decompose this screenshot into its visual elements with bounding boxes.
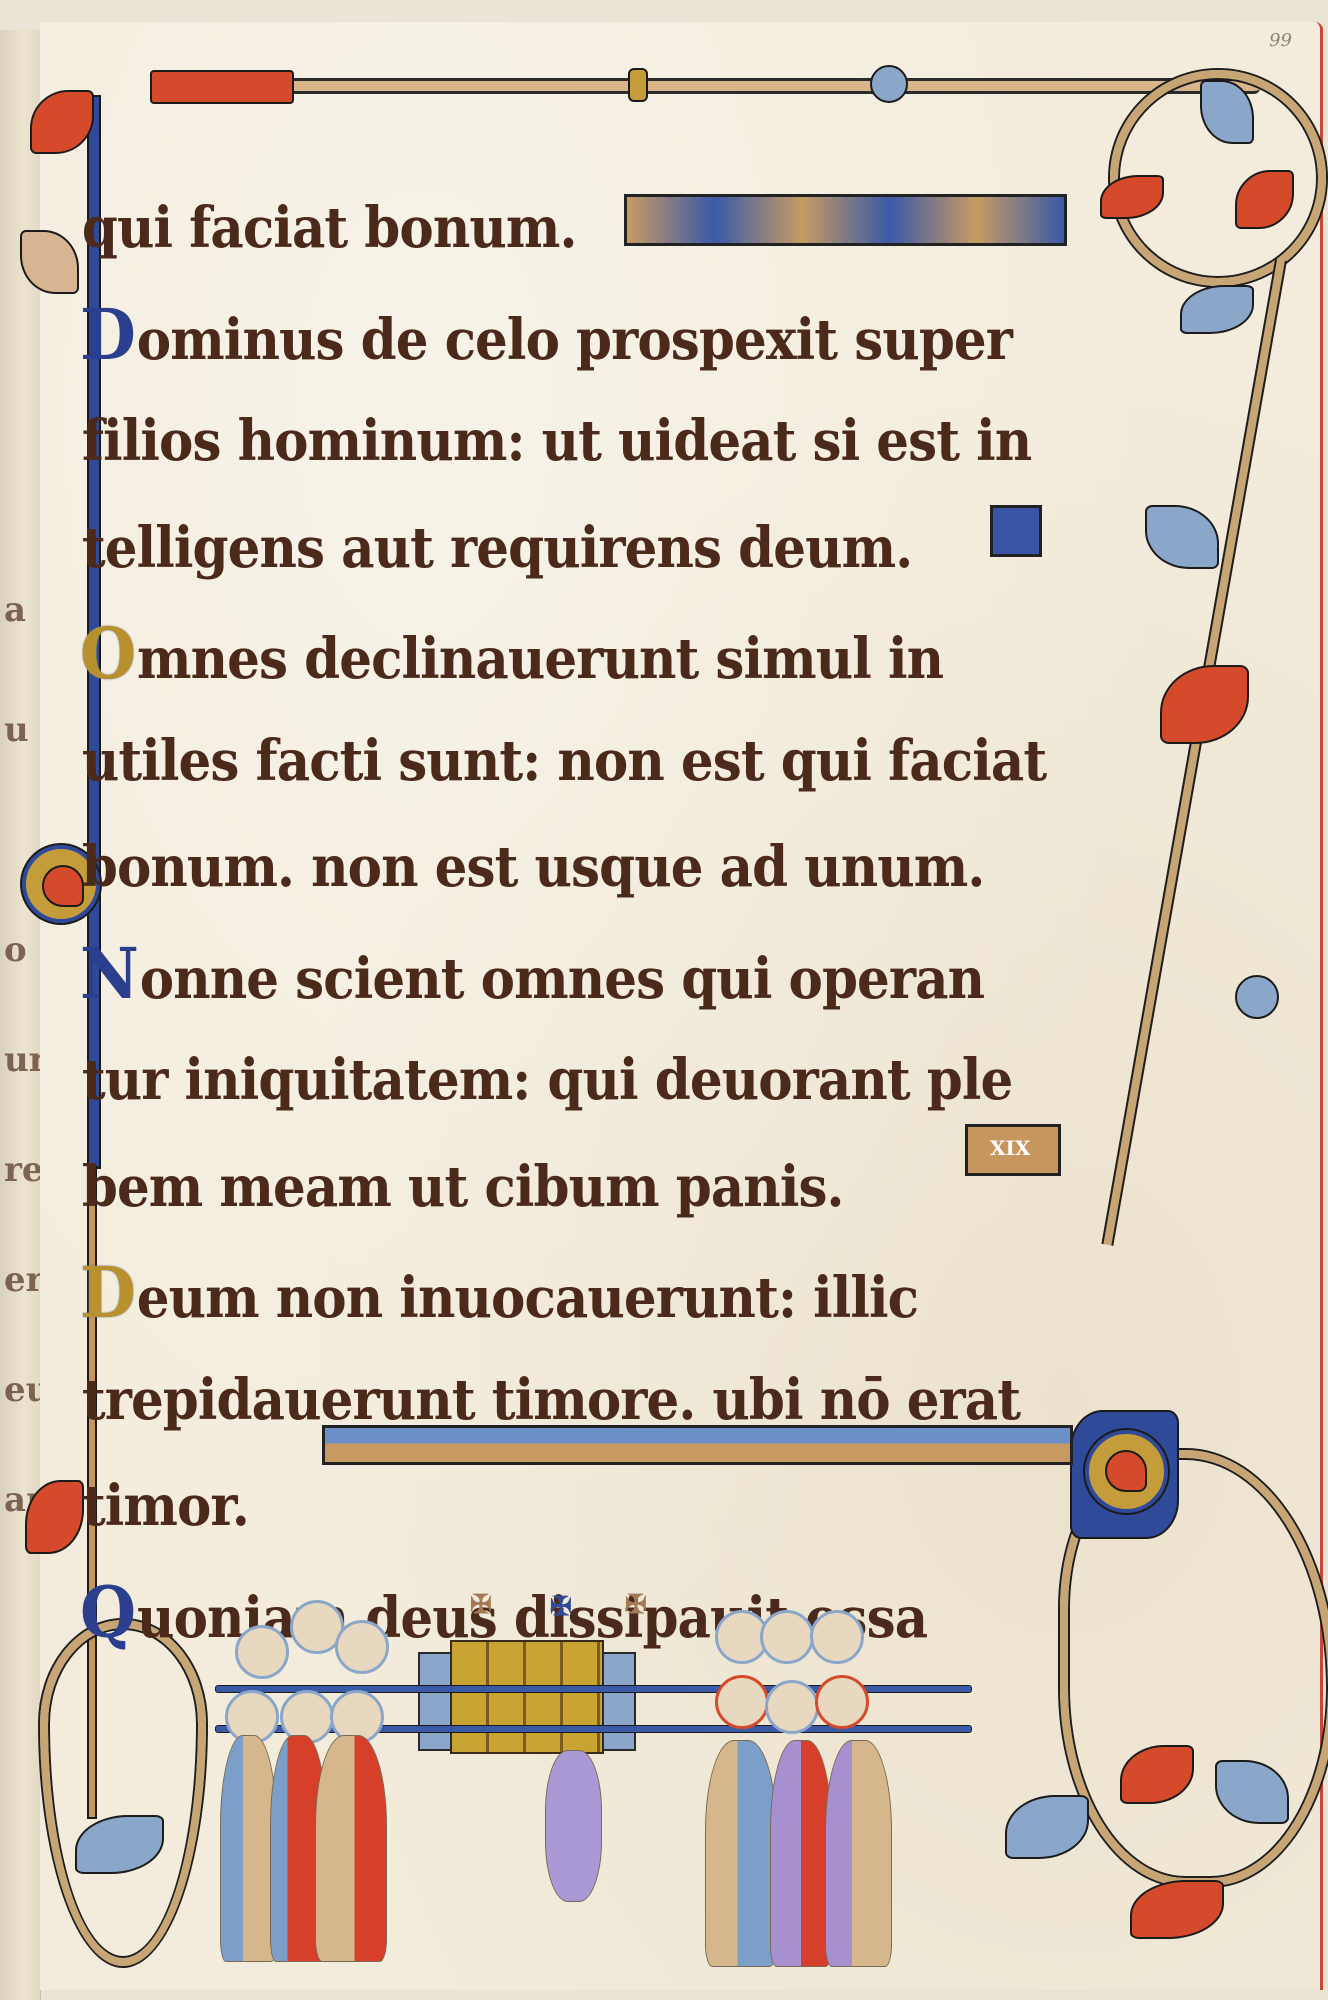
halo <box>715 1675 769 1729</box>
text-line: Deum non inuocauerunt: illic <box>80 1240 982 1347</box>
text-line: telligens aut requirens deum. <box>80 495 982 602</box>
cross-icon: ✠ <box>470 1590 492 1620</box>
left-leaf-fragment: o <box>4 930 27 970</box>
text-line: Nonne scient omnes qui operan <box>80 921 982 1028</box>
right-medallion <box>1085 1430 1168 1513</box>
apostle-figure <box>315 1735 387 1962</box>
left-leaf-fragment: re <box>4 1150 44 1190</box>
cross-icon: ✠ <box>625 1590 647 1620</box>
apostle-figure <box>220 1735 277 1962</box>
psalm-text-block: qui faciat bonum. Dominus de celo prospe… <box>80 175 1060 1666</box>
text-line: bonum. non est usque ad unum. <box>80 814 982 921</box>
apostle-figure <box>825 1740 892 1967</box>
initial-D: D <box>80 282 135 388</box>
initial-Q: Q <box>80 1560 135 1666</box>
halo <box>815 1675 869 1729</box>
text-line: tur iniquitatem: qui deuorant ple <box>80 1027 982 1134</box>
initial-N: N <box>80 921 138 1027</box>
left-leaf-fragment: u <box>4 710 29 750</box>
adjacent-page-edge: a u o ur re er eu an <box>0 30 41 2000</box>
halo <box>810 1610 864 1664</box>
blue-trefoil-icon <box>1235 975 1279 1019</box>
text-line: bem meam ut cibum panis. <box>80 1134 982 1241</box>
halo <box>765 1680 819 1734</box>
text-line: trepidauerunt timore. ubi nō erat <box>80 1347 982 1454</box>
text-line: timor. <box>80 1453 982 1560</box>
left-leaf-fragment: er <box>4 1260 44 1300</box>
text-line: filios hominum: ut uideat si est in <box>80 388 982 495</box>
halo <box>760 1610 814 1664</box>
cross-icon: ✠ <box>550 1592 572 1622</box>
text-line: qui faciat bonum. <box>80 175 982 282</box>
top-border-vermilion-segment <box>150 70 294 104</box>
gold-knot-ornament <box>628 68 648 102</box>
left-leaf-fragment: a <box>4 590 26 630</box>
hanging-figure <box>545 1750 602 1902</box>
text-line: utiles facti sunt: non est qui faciat <box>80 708 982 815</box>
initial-O: O <box>80 601 135 707</box>
blue-trefoil-icon <box>870 65 908 103</box>
top-border-bar <box>150 78 1260 94</box>
initial-D-gold: D <box>80 1240 135 1346</box>
apostle-figure <box>705 1740 777 1967</box>
text-line: Dominus de celo prospexit super <box>80 282 982 389</box>
folio-number: 99 <box>1269 30 1292 51</box>
halo <box>335 1620 389 1674</box>
text-line: Omnes declinauerunt simul in <box>80 601 982 708</box>
gilded-shrine <box>450 1640 604 1754</box>
halo <box>235 1625 289 1679</box>
bas-de-page-miniature: ✠ ✠ ✠ <box>215 1590 970 1970</box>
apostle-figure <box>770 1740 832 1967</box>
